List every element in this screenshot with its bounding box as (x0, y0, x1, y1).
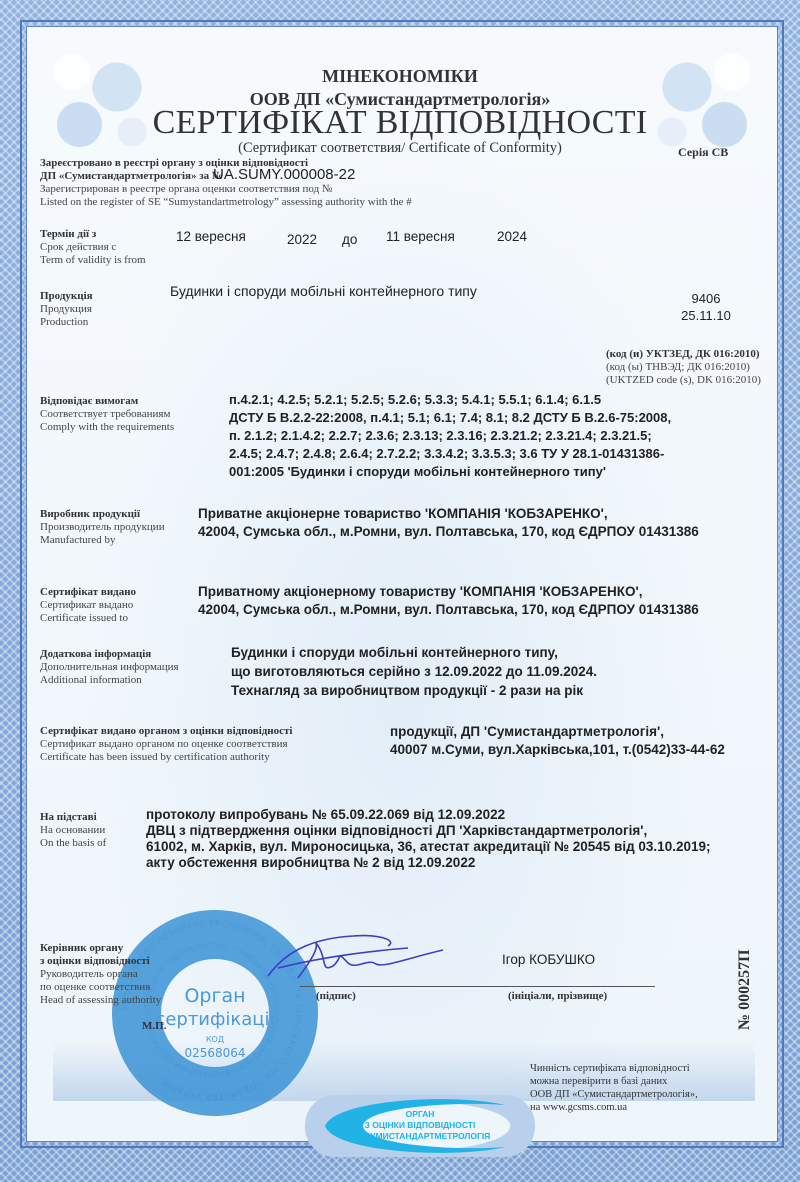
basis-line: акту обстеження виробництва № 2 від 12.0… (146, 855, 710, 871)
validity-label-ru: Срок действия с (40, 241, 146, 254)
product-code-2: 25.11.10 (666, 307, 746, 325)
requirements-label: Відповідає вимогам Соответствует требова… (40, 395, 174, 434)
validity-label: Термін дії з Срок действия с Term of val… (40, 228, 146, 267)
requirements-label-ru: Соответствует требованиям (40, 408, 174, 421)
emblem-line3: ДП СУМИСТАНДАРТМЕТРОЛОГІЯ (305, 1131, 535, 1142)
manufacturer-address: 42004, Сумська обл., м.Ромни, вул. Полта… (198, 523, 699, 541)
issued-to-label-ru: Сертификат выдано (40, 599, 136, 612)
stamp-code: 02568064 (115, 1046, 315, 1060)
signature-icon (258, 928, 458, 988)
registration-number: UA.SUMY.000008-22 (213, 166, 355, 183)
serial-number: № 000257П (736, 949, 754, 1030)
requirements-line: 001:2005 'Будинки і споруди мобільні кон… (229, 463, 671, 481)
issuer-name: продукції, ДП 'Сумистандартметрологія', (390, 723, 725, 741)
basis-line: ДВЦ з підтвердження оцінки відповідності… (146, 823, 710, 839)
product-code-caption: (код (и) УКТЗЕД, ДК 016:2010) (код (ы) Т… (606, 348, 761, 387)
manufacturer-text: Приватне акціонерне товариство 'КОМПАНІЯ… (198, 505, 699, 541)
requirements-text: п.4.2.1; 4.2.5; 5.2.1; 5.2.5; 5.2.6; 5.3… (229, 391, 671, 481)
validity-to-word: до (342, 231, 357, 249)
product-code-1: 9406 (676, 290, 736, 308)
registration-label-en: Listed on the register of SE “Sumystanda… (40, 196, 412, 209)
signature-line (300, 986, 655, 987)
validity-from-date: 12 вересня (176, 228, 246, 246)
issuer-text: продукції, ДП 'Сумистандартметрологія', … (390, 723, 725, 759)
registration-label-ru: Зарегистрирован в реестре органа оценки … (40, 183, 412, 196)
requirements-line: 2.4.5; 2.4.7; 2.4.8; 2.6.4; 2.7.2.2; 3.3… (229, 445, 671, 463)
certificate-title: СЕРТИФІКАТ ВІДПОВІДНОСТІ (0, 104, 800, 142)
issued-to-label-en: Certificate issued to (40, 612, 136, 625)
certification-body-emblem: ОРГАН З ОЦІНКИ ВІДПОВІДНОСТІ ДП СУМИСТАН… (305, 1095, 535, 1157)
seal-place-mark: М.П. (142, 1020, 166, 1033)
requirements-line: п.4.2.1; 4.2.5; 5.2.1; 5.2.5; 5.2.6; 5.3… (229, 391, 671, 409)
stamp-code-label: КОД (115, 1035, 315, 1044)
signatory-name: Ігор КОБУШКО (502, 951, 595, 969)
additional-label-ua: Додаткова інформація (40, 648, 179, 661)
verification-line: ООВ ДП «Сумистандартметрологія», (530, 1088, 698, 1101)
name-caption: (ініціали, прізвище) (508, 990, 607, 1002)
validity-from-year: 2022 (287, 231, 317, 249)
manufacturer-label: Виробник продукції Производитель продукц… (40, 508, 165, 547)
series-label: Серія СВ (678, 145, 728, 160)
basis-label-ru: На основании (40, 824, 106, 837)
issuer-label-ru: Сертификат выдано органом по оценке соот… (40, 738, 293, 751)
requirements-label-ua: Відповідає вимогам (40, 395, 174, 408)
additional-line: що виготовляються серійно з 12.09.2022 д… (231, 662, 597, 681)
basis-text: протоколу випробувань № 65.09.22.069 від… (146, 807, 710, 871)
signature-caption: (підпис) (316, 990, 356, 1002)
requirements-label-en: Comply with the requirements (40, 421, 174, 434)
manufacturer-label-ru: Производитель продукции (40, 521, 165, 534)
head-label-ua-2: з оцінки відповідності (40, 955, 161, 968)
seal-mark-text: М.П. (142, 1020, 166, 1032)
issued-to-text: Приватному акціонерному товариству 'КОМП… (198, 583, 699, 619)
handwritten-signature (258, 928, 458, 988)
basis-label-en: On the basis of (40, 837, 106, 850)
product-label-ua: Продукція (40, 290, 93, 303)
issued-to-address: 42004, Сумська обл., м.Ромни, вул. Полта… (198, 601, 699, 619)
head-label-en: Head of assessing authority (40, 994, 161, 1007)
product-label-ru: Продукция (40, 303, 93, 316)
basis-line: 61002, м. Харків, вул. Мироносицька, 36,… (146, 839, 710, 855)
validity-to-date: 11 вересня (386, 228, 455, 246)
issuer-address: 40007 м.Суми, вул.Харківська,101, т.(054… (390, 741, 725, 759)
requirements-line: ДСТУ Б В.2.2-22:2008, п.4.1; 5.1; 6.1; 7… (229, 409, 671, 427)
code-caption-ua: (код (и) УКТЗЕД, ДК 016:2010) (606, 348, 761, 361)
product-label: Продукція Продукция Production (40, 290, 93, 329)
verification-line: можна перевірити в базі даних (530, 1075, 698, 1088)
head-label-ru-2: по оценке соответствия (40, 981, 161, 994)
additional-line: Технагляд за виробництвом продукції - 2 … (231, 681, 597, 700)
certificate-page: МІНЕКОНОМІКИ ООВ ДП «Сумистандартметроло… (0, 0, 800, 1182)
issuer-label: Сертифікат видано органом з оцінки відпо… (40, 725, 293, 764)
verification-note: Чинність сертифіката відповідності можна… (530, 1062, 698, 1114)
basis-line: протоколу випробувань № 65.09.22.069 від… (146, 807, 710, 823)
ministry-name: МІНЕКОНОМІКИ (0, 66, 800, 87)
issuer-label-ua: Сертифікат видано органом з оцінки відпо… (40, 725, 293, 738)
additional-info-text: Будинки і споруди мобільні контейнерного… (231, 643, 597, 700)
registration-label: Зареєстровано в реєстрі органу з оцінки … (40, 157, 412, 209)
validity-label-ua: Термін дії з (40, 228, 146, 241)
verification-line: Чинність сертифіката відповідності (530, 1062, 698, 1075)
basis-label-ua: На підставі (40, 811, 106, 824)
basis-label: На підставі На основании On the basis of (40, 811, 106, 850)
issued-to-label-ua: Сертифікат видано (40, 586, 136, 599)
manufacturer-label-ua: Виробник продукції (40, 508, 165, 521)
manufacturer-label-en: Manufactured by (40, 534, 165, 547)
emblem-line1: ОРГАН (305, 1109, 535, 1120)
requirements-line: п. 2.1.2; 2.1.4.2; 2.2.7; 2.3.6; 2.3.13;… (229, 427, 671, 445)
head-label: Керівник органу з оцінки відповідності Р… (40, 942, 161, 1007)
issued-to-name: Приватному акціонерному товариству 'КОМП… (198, 583, 699, 601)
additional-line: Будинки і споруди мобільні контейнерного… (231, 643, 597, 662)
emblem-line2: З ОЦІНКИ ВІДПОВІДНОСТІ (305, 1120, 535, 1131)
validity-to-year: 2024 (497, 228, 527, 246)
validity-label-en: Term of validity is from (40, 254, 146, 267)
product-label-en: Production (40, 316, 93, 329)
verification-link[interactable]: на www.gcsms.com.ua (530, 1101, 698, 1114)
head-label-ua-1: Керівник органу (40, 942, 161, 955)
issuer-label-en: Certificate has been issued by certifica… (40, 751, 293, 764)
issued-to-label: Сертифікат видано Сертификат выдано Cert… (40, 586, 136, 625)
additional-label-en: Additional information (40, 674, 179, 687)
head-label-ru-1: Руководитель органа (40, 968, 161, 981)
code-caption-ru: (код (ы) ТНВЭД; ДК 016:2010) (606, 361, 761, 374)
manufacturer-name: Приватне акціонерне товариство 'КОМПАНІЯ… (198, 505, 699, 523)
additional-label-ru: Дополнительная информация (40, 661, 179, 674)
code-caption-en: (UKTZED code (s), DK 016:2010) (606, 374, 761, 387)
product-name: Будинки і споруди мобільні контейнерного… (170, 282, 477, 300)
additional-info-label: Додаткова інформація Дополнительная инфо… (40, 648, 179, 687)
